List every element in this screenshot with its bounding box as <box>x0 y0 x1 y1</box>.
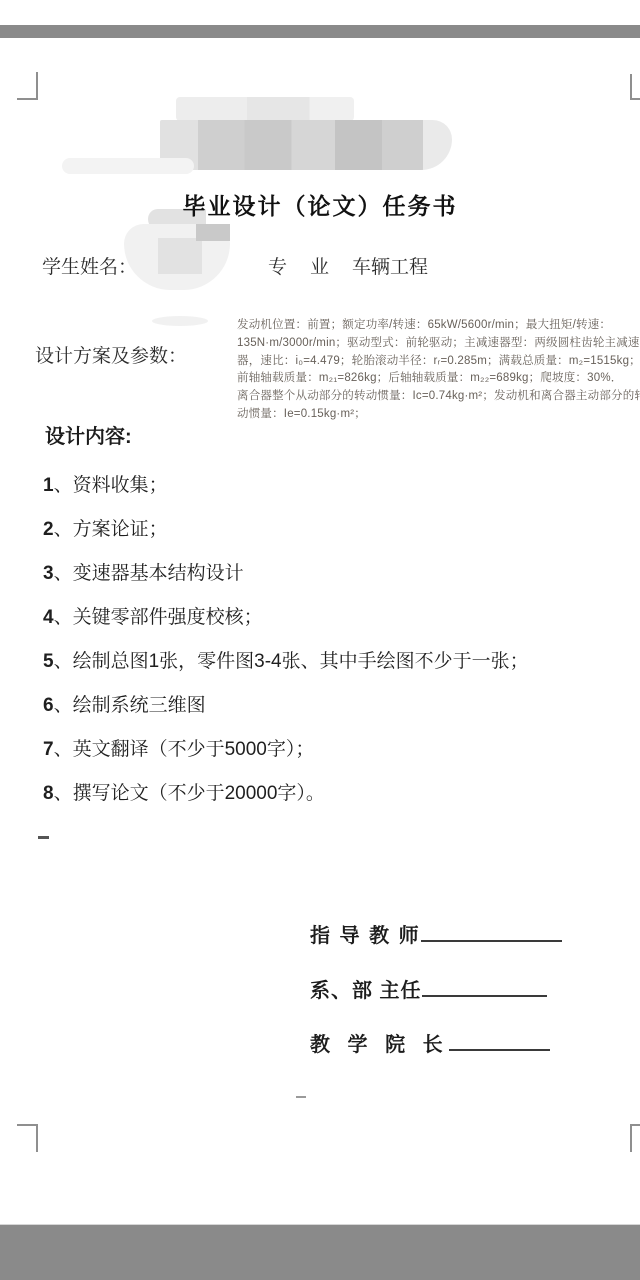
item-text: 、变速器基本结构设计 <box>54 563 244 584</box>
params-line: 离合器整个从动部分的转动惯量：Ic=0.74kg·m²；发动机和离合器主动部分的… <box>237 388 639 406</box>
item-text: 、绘制系统三维图 <box>54 695 206 716</box>
signature-row-department-head: 系、部 主任 <box>310 973 547 1003</box>
redaction-name-square-dark <box>196 224 230 241</box>
params-line: 前轴轴载质量：m₂₁=826kg；后轴轴载质量：m₂₂=689kg；爬坡度：30… <box>237 370 639 388</box>
page-title: 毕业设计（论文）任务书 <box>0 188 640 221</box>
item-number: 4 <box>43 607 54 628</box>
redaction-mosaic-top <box>176 97 354 121</box>
design-params-label: 设计方案及参数： <box>35 341 187 368</box>
signature-line <box>422 973 547 997</box>
design-content-label: 设计内容: <box>45 420 132 449</box>
params-line: 动惯量：Ie=0.15kg·m²； <box>237 406 639 424</box>
item-text: 、撰写论文（不少于20000字）。 <box>54 783 325 804</box>
item-number: 5 <box>43 651 54 672</box>
major-label-right: 业 <box>310 257 329 278</box>
item-number: 6 <box>43 695 54 716</box>
params-line: 器，速比：i₀=4.479；轮胎滚动半径：rᵣ=0.285m；满载总质量：m₂=… <box>237 353 639 371</box>
major-row: 专业车辆工程 <box>268 252 428 279</box>
item-text: 、资料收集； <box>54 475 168 496</box>
viewer-top-bar <box>0 25 640 38</box>
redaction-name-shadow <box>152 316 208 326</box>
params-line: 135N·m/3000r/min；驱动型式：前轮驱动；主减速器型：两级圆柱齿轮主… <box>237 335 639 353</box>
signature-line <box>421 918 562 942</box>
params-line: 发动机位置：前置；额定功率/转速：65kW/5600r/min；最大扭矩/转速： <box>237 317 639 335</box>
item-text: 、英文翻译（不少于5000字）； <box>54 739 315 760</box>
item-number: 1 <box>43 475 54 496</box>
design-item-6: 6、绘制系统三维图 <box>43 690 206 717</box>
major-value: 车辆工程 <box>352 257 428 278</box>
document-page: 毕业设计（论文）任务书 学生姓名： 专业车辆工程 设计方案及参数： 发动机位置：… <box>0 0 640 1280</box>
crop-mark-bottom-right-icon <box>630 1124 640 1152</box>
viewer-bottom-bar <box>0 1224 640 1280</box>
design-item-5: 5、绘制总图1张，零件图3-4张、其中手绘图不少于一张； <box>43 646 529 673</box>
item-text: 、方案论证； <box>54 519 168 540</box>
signature-row-advisor: 指 导 教 师 <box>310 918 562 948</box>
stray-mark <box>296 1096 306 1098</box>
crop-mark-top-left-icon <box>17 72 38 100</box>
design-item-3: 3、变速器基本结构设计 <box>43 558 244 585</box>
design-item-1: 1、资料收集； <box>43 470 168 497</box>
department-head-label: 系、部 主任 <box>310 974 422 1003</box>
item-number: 7 <box>43 739 54 760</box>
redaction-mosaic-main <box>160 120 452 170</box>
design-item-7: 7、英文翻译（不少于5000字）； <box>43 734 314 761</box>
redaction-mosaic-tail <box>62 158 194 174</box>
item-number: 2 <box>43 519 54 540</box>
crop-mark-bottom-left-icon <box>17 1124 38 1152</box>
design-params-text: 发动机位置：前置；额定功率/转速：65kW/5600r/min；最大扭矩/转速：… <box>237 317 639 424</box>
advisor-label: 指 导 教 师 <box>310 919 421 948</box>
design-item-2: 2、方案论证； <box>43 514 168 541</box>
student-name-label: 学生姓名： <box>42 252 137 279</box>
signature-line <box>449 1027 550 1051</box>
stray-mark <box>38 836 49 839</box>
crop-mark-top-right-icon <box>630 74 640 100</box>
item-number: 8 <box>43 783 54 804</box>
item-text: 、绘制总图1张，零件图3-4张、其中手绘图不少于一张； <box>54 651 529 672</box>
design-item-4: 4、关键零部件强度校核； <box>43 602 263 629</box>
dean-label: 教 学 院 长 <box>310 1028 449 1057</box>
item-number: 3 <box>43 563 54 584</box>
major-label-left: 专 <box>268 257 287 278</box>
redaction-name-square <box>158 238 202 274</box>
design-item-8: 8、撰写论文（不少于20000字）。 <box>43 778 325 805</box>
item-text: 、关键零部件强度校核； <box>54 607 263 628</box>
signature-row-dean: 教 学 院 长 <box>310 1027 550 1057</box>
